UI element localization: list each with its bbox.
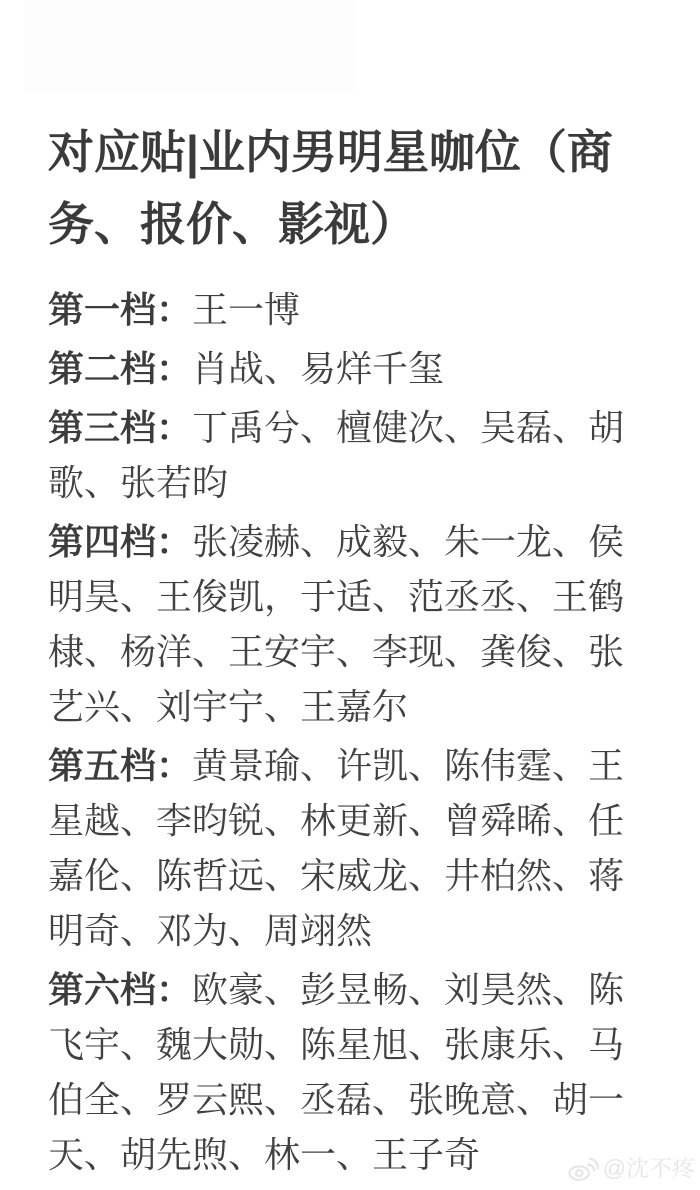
- tier-label: 第三档：: [48, 407, 192, 448]
- tier-row-6: 第六档：欧豪、彭昱畅、刘昊然、陈飞宇、魏大勋、陈星旭、张康乐、马伯全、罗云熙、丞…: [48, 962, 658, 1182]
- tier-names: 肖战、易烊千玺: [192, 348, 444, 389]
- tier-label: 第二档：: [48, 348, 192, 389]
- tier-label: 第一档：: [48, 289, 192, 330]
- tier-list: 第一档：王一博 第二档：肖战、易烊千玺 第三档：丁禹兮、檀健次、吴磊、胡歌、张若…: [48, 282, 658, 1182]
- post-content: 对应贴|业内男明星咖位（商务、报价、影视） 第一档：王一博 第二档：肖战、易烊千…: [0, 0, 700, 1182]
- post-screenshot: 对应贴|业内男明星咖位（商务、报价、影视） 第一档：王一博 第二档：肖战、易烊千…: [0, 0, 700, 1190]
- tier-label: 第六档：: [48, 969, 192, 1010]
- tier-label: 第五档：: [48, 745, 192, 786]
- post-title: 对应贴|业内男明星咖位（商务、报价、影视）: [48, 116, 658, 260]
- weibo-icon: [567, 1155, 599, 1182]
- watermark: @沈不疼: [567, 1155, 695, 1182]
- tier-row-5: 第五档：黄景瑜、许凯、陈伟霆、王星越、李昀锐、林更新、曾舜晞、任嘉伦、陈哲远、宋…: [48, 738, 658, 958]
- tier-row-2: 第二档：肖战、易烊千玺: [48, 341, 658, 396]
- tier-label: 第四档：: [48, 521, 192, 562]
- tier-row-1: 第一档：王一博: [48, 282, 658, 337]
- tier-row-3: 第三档：丁禹兮、檀健次、吴磊、胡歌、张若昀: [48, 400, 658, 510]
- tier-names: 王一博: [192, 289, 300, 330]
- tier-row-4: 第四档：张凌赫、成毅、朱一龙、侯明昊、王俊凯，于适、范丞丞、王鹤棣、杨洋、王安宇…: [48, 514, 658, 734]
- watermark-text: @沈不疼: [603, 1157, 695, 1180]
